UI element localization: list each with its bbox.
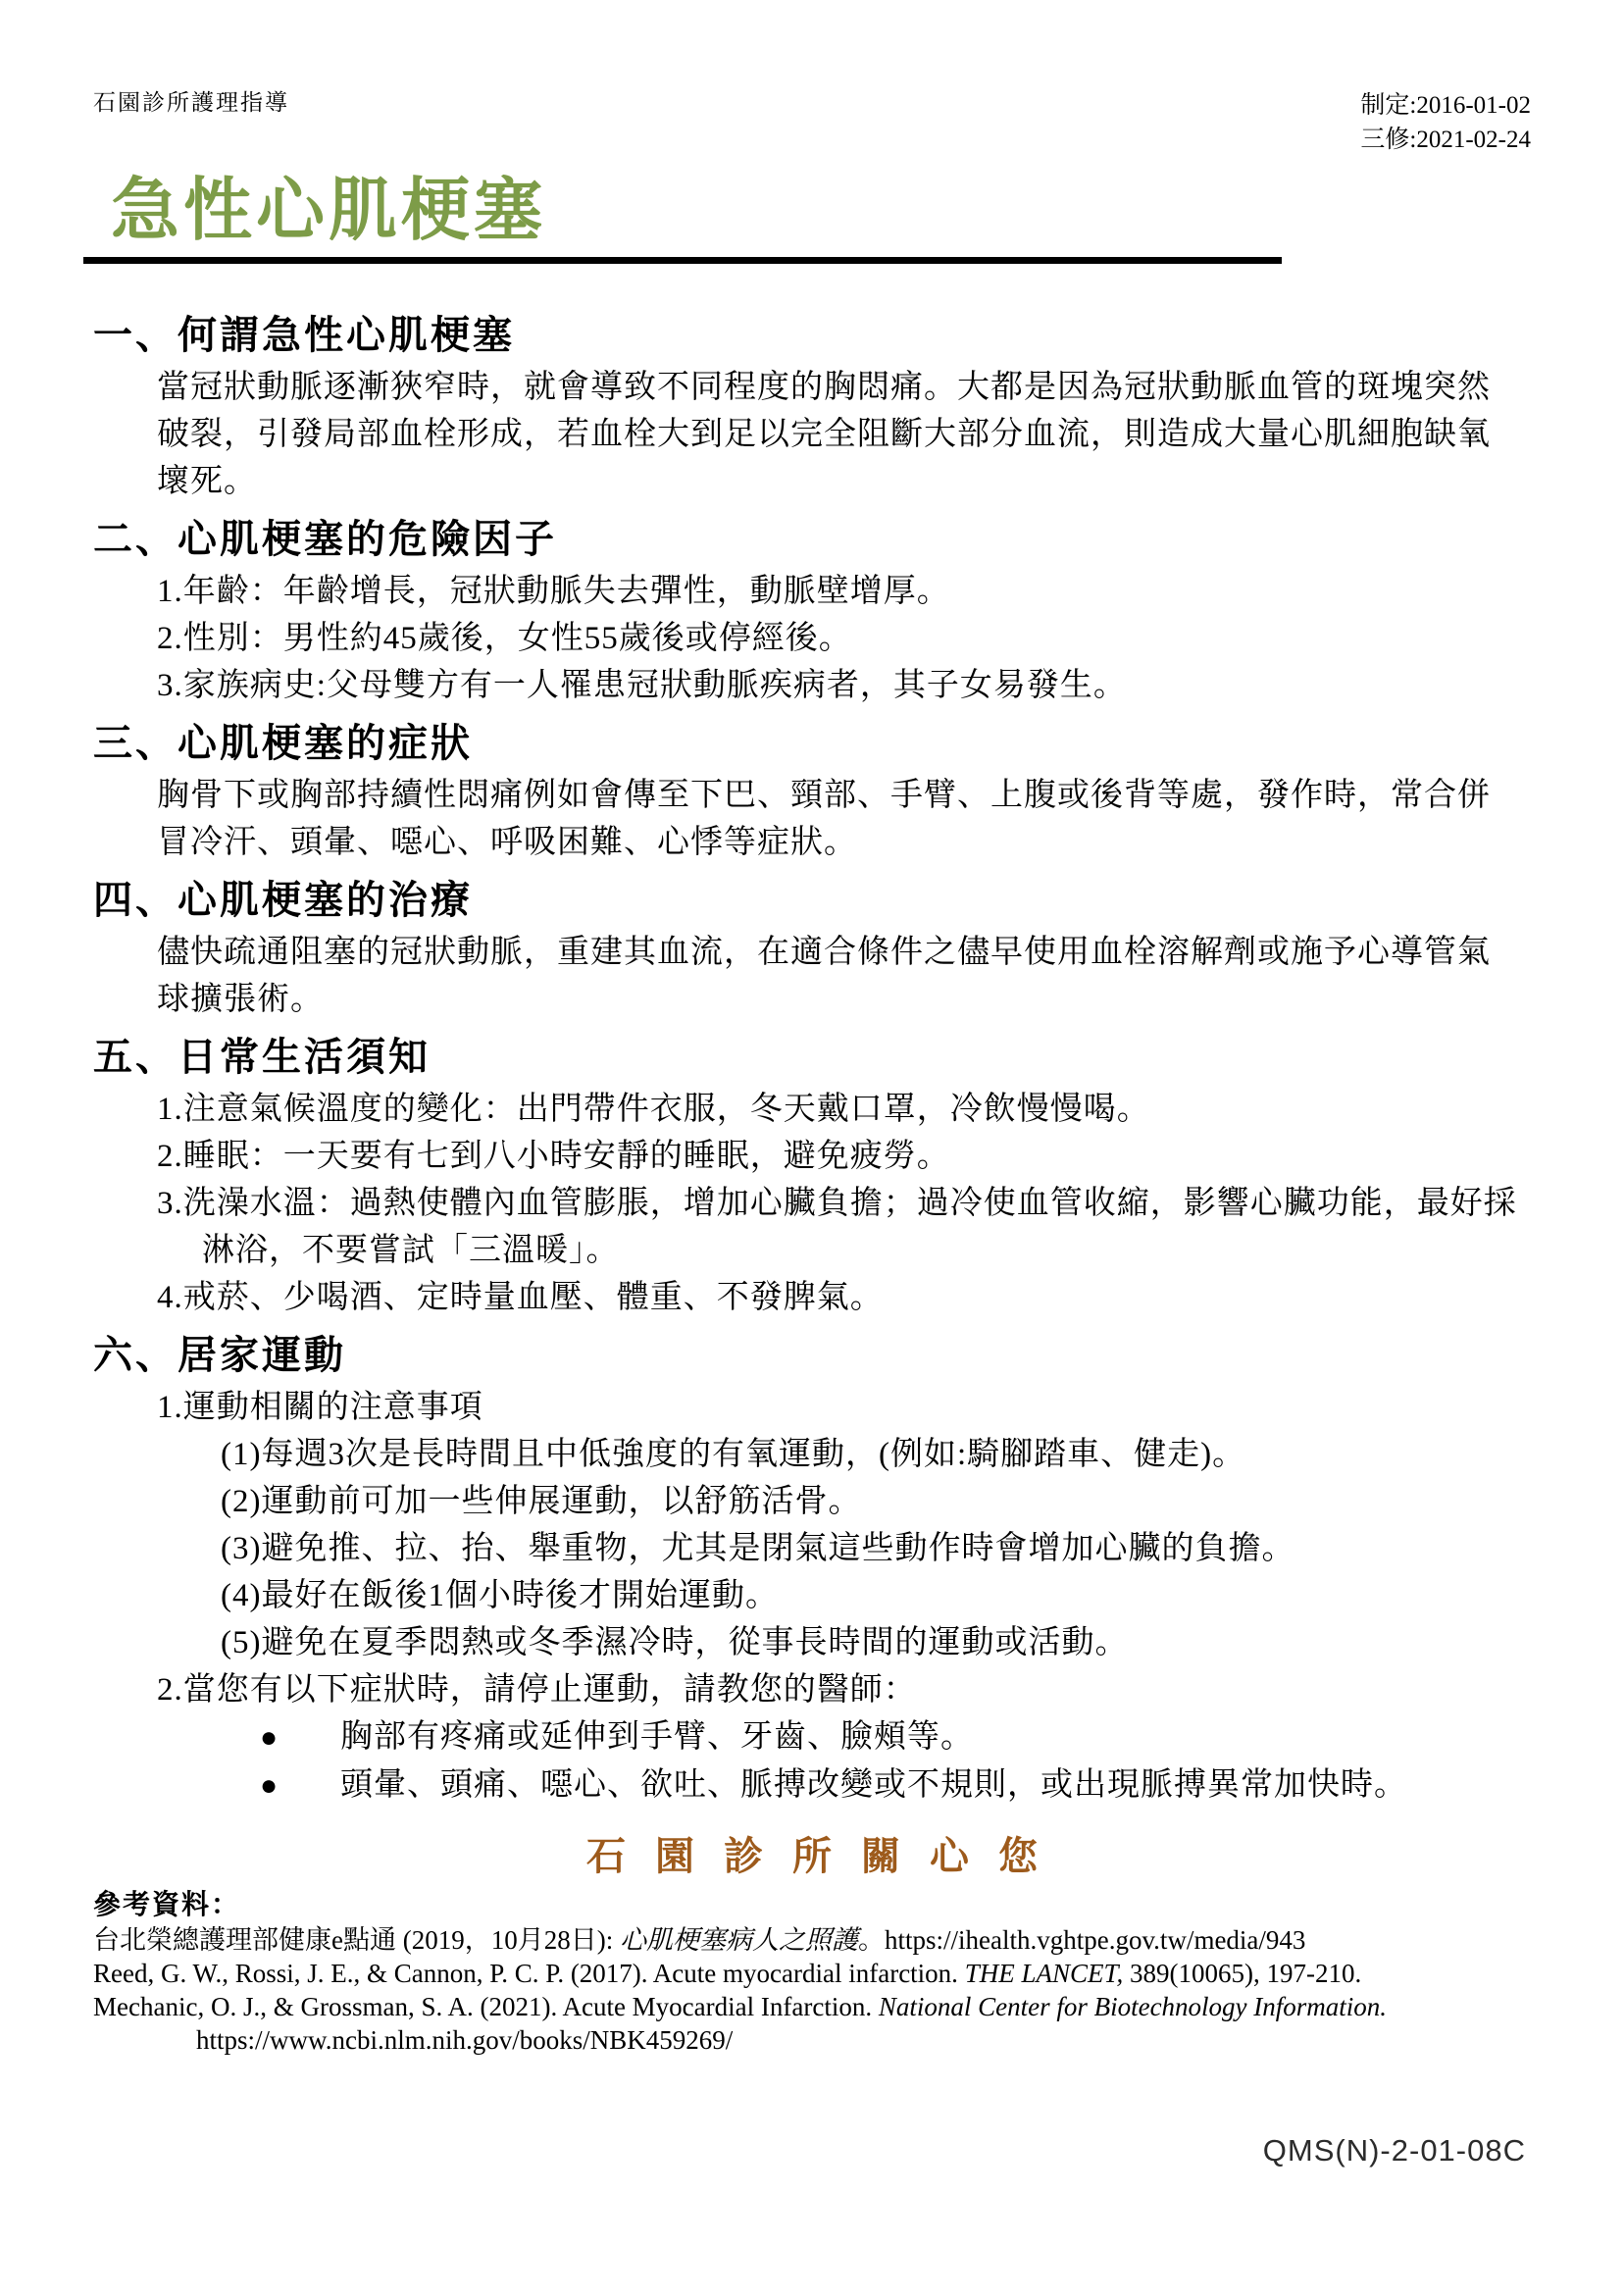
numbered-list: 1.注意氣候溫度的變化：出門帶件衣服，冬天戴口罩，冷飲慢慢喝。 2.睡眠：一天要… [157, 1086, 1522, 1321]
doc-code: QMS(N)-2-01-08C [1263, 2133, 1526, 2168]
section-daily-life: 五、日常生活須知 1.注意氣候溫度的變化：出門帶件衣服，冬天戴口罩，冷飲慢慢喝。… [93, 1029, 1531, 1321]
header-left-text: 石園診所護理指導 [93, 88, 289, 118]
revision-date: 三修:2021-02-24 [1360, 123, 1531, 157]
sub-list-item: (1)每週3次是長時間且中低強度的有氧運動，(例如:騎腳踏車、健走)。 [221, 1431, 1525, 1478]
reference-italic-text: 心肌梗塞病人之照護 [620, 1925, 858, 1955]
reference-text: 。https://ihealth.vghtpe.gov.tw/media/943 [858, 1925, 1305, 1955]
section-heading: 三、心肌梗塞的症狀 [93, 715, 1531, 772]
sub-list: (1)每週3次是長時間且中低強度的有氧運動，(例如:騎腳踏車、健走)。 (2)運… [221, 1431, 1525, 1666]
section-what-is-ami: 一、何謂急性心肌梗塞 當冠狀動脈逐漸狹窄時，就會導致不同程度的胸悶痛。大都是因為… [93, 307, 1531, 505]
reference-item: Mechanic, O. J., & Grossman, S. A. (2021… [93, 1990, 1531, 2057]
bullet-item: ● 頭暈、頭痛、噁心、欲吐、脈搏改變或不規則，或出現脈搏異常加快時。 [260, 1761, 1531, 1810]
list-item: 3.洗澡水溫：過熱使體內血管膨脹，增加心臟負擔；過冷使血管收縮，影響心臟功能，最… [157, 1180, 1522, 1274]
section-heading: 六、居家運動 [93, 1327, 1531, 1384]
list-item: 4.戒菸、少喝酒、定時量血壓、體重、不發脾氣。 [157, 1274, 1522, 1321]
established-date: 制定:2016-01-02 [1360, 88, 1531, 123]
body-paragraph: 胸骨下或胸部持續性悶痛例如會傳至下巴、頸部、手臂、上腹或後背等處，發作時，常合併… [157, 772, 1522, 866]
sub-list-item: (2)運動前可加一些伸展運動，以舒筋活骨。 [221, 1478, 1525, 1525]
document-body: 一、何謂急性心肌梗塞 當冠狀動脈逐漸狹窄時，就會導致不同程度的胸悶痛。大都是因為… [93, 307, 1531, 1810]
reference-italic-text: THE LANCET, [965, 1959, 1124, 1988]
section-heading: 四、心肌梗塞的治療 [93, 872, 1531, 929]
sub-list-item: (5)避免在夏季悶熱或冬季濕冷時，從事長時間的運動或活動。 [221, 1619, 1525, 1666]
list-item: 1.年齡：年齡增長，冠狀動脈失去彈性，動脈壁增厚。 [157, 568, 1522, 615]
reference-text: 台北榮總護理部健康e點通 (2019，10月28日): [93, 1925, 620, 1955]
reference-text: Reed, G. W., Rossi, J. E., & Cannon, P. … [93, 1959, 965, 1988]
reference-item: 台北榮總護理部健康e點通 (2019，10月28日): 心肌梗塞病人之照護。ht… [93, 1923, 1531, 1957]
sub-list-item: (3)避免推、拉、抬、舉重物，尤其是閉氣這些動作時會增加心臟的負擔。 [221, 1525, 1525, 1572]
list-item: 3.家族病史:父母雙方有一人罹患冠狀動脈疾病者，其子女易發生。 [157, 662, 1522, 709]
section-risk-factors: 二、心肌梗塞的危險因子 1.年齡：年齡增長，冠狀動脈失去彈性，動脈壁增厚。 2.… [93, 511, 1531, 709]
section-treatment: 四、心肌梗塞的治療 儘快疏通阻塞的冠狀動脈，重建其血流，在適合條件之儘早使用血栓… [93, 872, 1531, 1023]
list-item: 2.性別：男性約45歲後，女性55歲後或停經後。 [157, 615, 1522, 662]
reference-italic-text: National Center for Biotechnology Inform… [879, 1992, 1387, 2021]
bullet-text: 胸部有疼痛或延伸到手臂、牙齒、臉頰等。 [340, 1713, 974, 1760]
sub-list-item: (4)最好在飯後1個小時後才開始運動。 [221, 1572, 1525, 1619]
list-item: 1.運動相關的注意事項 [157, 1384, 1522, 1431]
list-item: 2.當您有以下症狀時，請停止運動，請教您的醫師： [157, 1666, 1522, 1713]
body-paragraph: 儘快疏通阻塞的冠狀動脈，重建其血流，在適合條件之儘早使用血栓溶解劑或施予心導管氣… [157, 929, 1522, 1023]
bullet-text: 頭暈、頭痛、噁心、欲吐、脈搏改變或不規則，或出現脈搏異常加快時。 [340, 1761, 1407, 1809]
closing-message: 石園診所關心您 [93, 1831, 1531, 1882]
section-home-exercise: 六、居家運動 1.運動相關的注意事項 (1)每週3次是長時間且中低強度的有氧運動… [93, 1327, 1531, 1810]
section-symptoms: 三、心肌梗塞的症狀 胸骨下或胸部持續性悶痛例如會傳至下巴、頸部、手臂、上腹或後背… [93, 715, 1531, 866]
bullet-icon: ● [260, 1714, 340, 1761]
page-title: 急性心肌梗塞 [111, 173, 1531, 251]
reference-item: Reed, G. W., Rossi, J. E., & Cannon, P. … [93, 1957, 1531, 1990]
reference-text: 389(10065), 197-210. [1123, 1959, 1361, 1988]
section-heading: 一、何謂急性心肌梗塞 [93, 307, 1531, 364]
body-paragraph: 當冠狀動脈逐漸狹窄時，就會導致不同程度的胸悶痛。大都是因為冠狀動脈血管的斑塊突然… [157, 364, 1522, 505]
section-heading: 二、心肌梗塞的危險因子 [93, 511, 1531, 568]
references-label: 參考資料： [93, 1888, 1531, 1923]
title-underline [83, 257, 1282, 264]
page-header: 石園診所護理指導 制定:2016-01-02 三修:2021-02-24 [93, 88, 1531, 157]
section-heading: 五、日常生活須知 [93, 1029, 1531, 1086]
numbered-list: 2.當您有以下症狀時，請停止運動，請教您的醫師： [157, 1666, 1522, 1713]
list-item: 1.注意氣候溫度的變化：出門帶件衣服，冬天戴口罩，冷飲慢慢喝。 [157, 1086, 1522, 1133]
header-dates: 制定:2016-01-02 三修:2021-02-24 [1360, 88, 1531, 157]
numbered-list: 1.運動相關的注意事項 [157, 1384, 1522, 1431]
list-item: 2.睡眠：一天要有七到八小時安靜的睡眠，避免疲勞。 [157, 1133, 1522, 1180]
reference-text: Mechanic, O. J., & Grossman, S. A. (2021… [93, 1992, 879, 2021]
document-page: 石園診所護理指導 制定:2016-01-02 三修:2021-02-24 急性心… [0, 0, 1624, 2296]
reference-text: https://www.ncbi.nlm.nih.gov/books/NBK45… [196, 2025, 733, 2055]
numbered-list: 1.年齡：年齡增長，冠狀動脈失去彈性，動脈壁增厚。 2.性別：男性約45歲後，女… [157, 568, 1522, 709]
bullet-icon: ● [260, 1762, 340, 1810]
references-section: 參考資料： 台北榮總護理部健康e點通 (2019，10月28日): 心肌梗塞病人… [93, 1888, 1531, 2057]
bullet-item: ● 胸部有疼痛或延伸到手臂、牙齒、臉頰等。 [260, 1713, 1531, 1761]
